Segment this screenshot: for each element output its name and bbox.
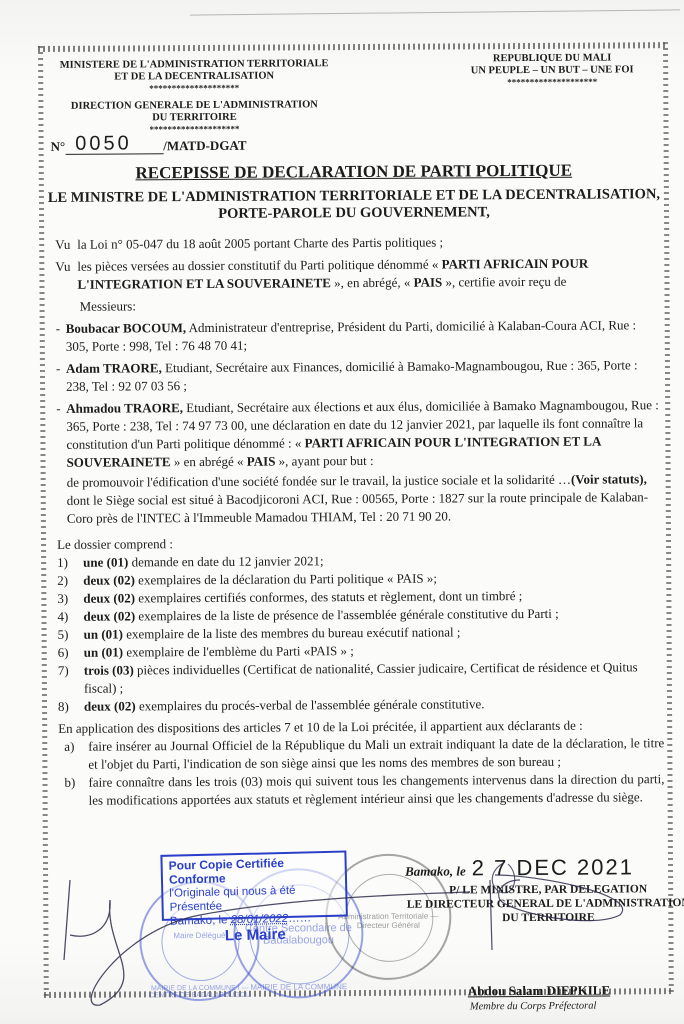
header-separator: ********************	[442, 76, 662, 88]
vu-label: Vu	[55, 236, 77, 254]
dossier-item-number: 2)	[57, 572, 83, 590]
declarant-entry: - Adam TRAORE, Etudiant, Secrétaire aux …	[56, 356, 662, 396]
dossier-item-number: 3)	[57, 590, 83, 608]
declarant-entry: - Ahmadou TRAORE, Etudiant, Secrétaire a…	[56, 396, 662, 472]
document-border-frame: MINISTERE DE L'ADMINISTRATION TERRITORIA…	[38, 42, 674, 998]
declarant-name: Ahmadou TRAORE,	[66, 400, 183, 416]
obligation-letter: a)	[64, 738, 88, 774]
direction-line-1: DIRECTION GENERALE DE L'ADMINISTRATION	[54, 99, 334, 113]
scanned-document-page: MINISTERE DE L'ADMINISTRATION TERRITORIA…	[0, 0, 684, 1024]
signatory-line-3: DU TERRITOIRE	[393, 910, 684, 926]
ministry-header: MINISTERE DE L'ADMINISTRATION TERRITORIA…	[54, 58, 334, 136]
vu-text: les pièces versées au dossier constituti…	[77, 254, 661, 294]
certified-copy-stamp: Pour Copie Certifiée Conforme l'Original…	[160, 851, 348, 921]
obligation-item: b)faire connaître dans les trois (03) mo…	[58, 770, 664, 810]
decorative-border-left	[38, 46, 49, 998]
republic-header: REPUBLIQUE DU MALI UN PEUPLE – UN BUT – …	[442, 52, 662, 88]
vu-clause: Vu les pièces versées au dossier constit…	[55, 254, 661, 294]
vu-text: la Loi n° 05-047 du 18 août 2005 portant…	[77, 232, 661, 254]
national-motto: UN PEUPLE – UN BUT – UNE FOI	[442, 64, 662, 77]
minister-heading: LE MINISTRE DE L'ADMINISTRATION TERRITOR…	[39, 186, 669, 224]
issue-date-value: 2 7 DEC 2021	[472, 854, 634, 881]
vu-clause: Vu la Loi n° 05-047 du 18 août 2005 port…	[55, 232, 661, 254]
document-title: RECEPISSE DE DECLARATION DE PARTI POLITI…	[39, 160, 669, 184]
dossier-item-number: 6)	[58, 644, 84, 662]
declarant-name: Boubacar BOCOUM,	[66, 320, 186, 336]
decorative-border-right	[663, 42, 674, 994]
issue-date: Bamako, le 2 7 DEC 2021	[405, 854, 634, 881]
signatory-title: Membre du Corps Préfectoral	[470, 1001, 597, 1013]
party-purpose: de promouvoir l'édification d'une sociét…	[57, 470, 663, 528]
signatory-block: P/ LE MINISTRE, PAR DELEGATION LE DIRECT…	[393, 882, 684, 926]
stamp-line-1: Pour Copie Certifiée Conforme	[168, 855, 339, 887]
signatory-name: Abdou Salam DIEPKILE	[468, 983, 610, 1000]
stamp-line-2: l'Originale qui nous à été Présentée	[169, 883, 340, 915]
reference-number-value: 0050	[65, 133, 163, 155]
vu-label: Vu	[55, 258, 77, 294]
application-list: a)faire insérer au Journal Officiel de l…	[58, 734, 664, 810]
reference-prefix: N°	[51, 139, 66, 155]
dossier-item-number: 1)	[57, 554, 83, 572]
reference-number: N° 0050 /MATD-DGAT	[51, 133, 247, 155]
declarant-entry: - Boubacar BOCOUM, Administrateur d'entr…	[56, 316, 662, 356]
dossier-item-text: deux (02) exemplaires du procés-verbal d…	[84, 694, 664, 716]
obligation-letter: b)	[64, 774, 88, 810]
decorative-border-top	[38, 42, 668, 52]
dossier-item-text: trois (03) pièces individuelles (Certifi…	[84, 658, 664, 698]
ministry-line-1: MINISTERE DE L'ADMINISTRATION TERRITORIA…	[54, 58, 334, 72]
signatory-line-2: LE DIRECTEUR GENERAL DE L'ADMINISTRATION	[393, 896, 684, 912]
dossier-item-number: 5)	[58, 626, 84, 644]
dossier-item-number: 8)	[58, 698, 84, 716]
messieurs-label: Messieurs:	[56, 294, 662, 316]
reference-suffix: /MATD-DGAT	[163, 138, 246, 155]
issue-place: Bamako, le	[405, 863, 466, 879]
obligation-text: faire connaître dans les trois (03) mois…	[88, 770, 664, 810]
obligation-item: a)faire insérer au Journal Officiel de l…	[58, 734, 664, 774]
dossier-item-number: 7)	[58, 662, 84, 698]
dossier-item: 8)deux (02) exemplaires du procés-verbal…	[58, 694, 664, 716]
dossier-list: 1)une (01) demande en date du 12 janvier…	[57, 550, 664, 716]
scan-edge-line	[190, 9, 680, 15]
declarant-name: Adam TRAORE,	[66, 360, 162, 376]
dossier-item-number: 4)	[57, 608, 83, 626]
document-body: Vu la Loi n° 05-047 du 18 août 2005 port…	[55, 232, 664, 810]
obligation-text: faire insérer au Journal Officiel de la …	[88, 734, 664, 774]
dossier-item: 7)trois (03) pièces individuelles (Certi…	[58, 658, 664, 698]
